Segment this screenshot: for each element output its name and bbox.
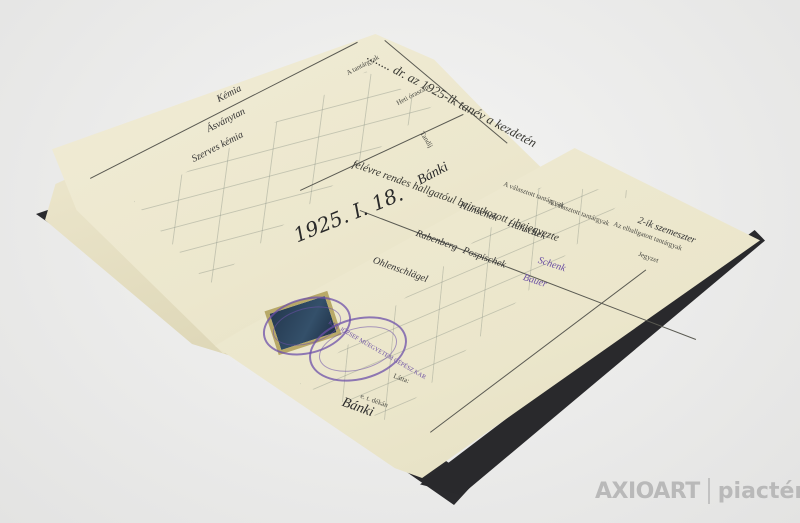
watermark-sub: piactér <box>718 479 800 504</box>
watermark-separator <box>708 478 710 504</box>
watermark: AXIOART piactér <box>595 478 800 504</box>
photo-scene: ........ dr. az 1925-ik tanév a kezdetén… <box>0 0 800 523</box>
watermark-brand: AXIOART <box>595 479 700 504</box>
